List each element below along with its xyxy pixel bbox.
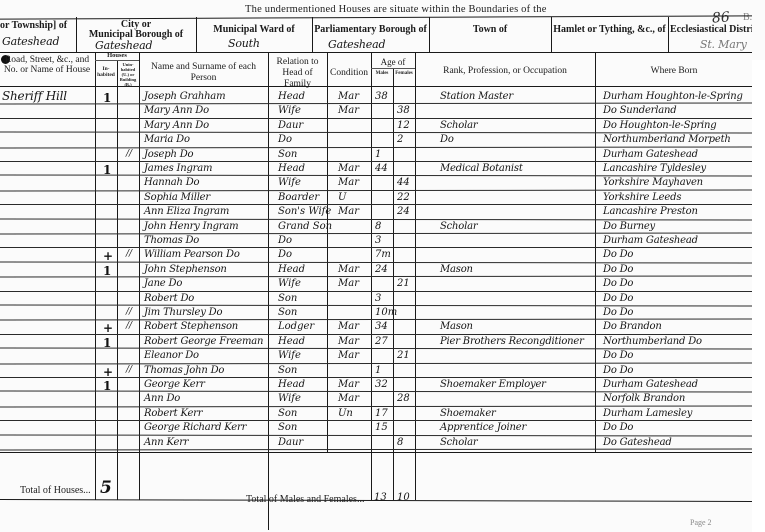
row-rule bbox=[0, 118, 752, 119]
occupation: Mason bbox=[440, 264, 473, 275]
relation: Son bbox=[278, 149, 297, 160]
parish-label: or Township] of bbox=[0, 20, 74, 31]
male-age: 44 bbox=[375, 163, 388, 174]
person-name: Robert Do bbox=[144, 293, 194, 304]
person-name: Ann Eliza Ingram bbox=[144, 206, 229, 217]
male-age: 32 bbox=[375, 379, 388, 390]
occupation: Pier Brothers Recongditioner bbox=[440, 336, 584, 347]
col-houses: Houses bbox=[95, 53, 139, 59]
person-name: Sophia Miller bbox=[144, 192, 210, 203]
relation: Head bbox=[278, 91, 305, 102]
person-name: Joseph Do bbox=[144, 149, 193, 160]
town-label: Town of bbox=[431, 24, 549, 35]
relation: Wife bbox=[278, 105, 301, 116]
birthplace: Yorkshire Mayhaven bbox=[603, 177, 703, 188]
male-age: 8 bbox=[375, 221, 381, 232]
row-rule bbox=[0, 247, 752, 248]
occupation: Scholar bbox=[440, 120, 477, 131]
person-name: Jane Do bbox=[144, 278, 182, 289]
parl-label: Parliamentary Borough of bbox=[314, 24, 427, 35]
person-name: Hannah Do bbox=[144, 177, 199, 188]
occupation: Shoemaker Employer bbox=[440, 379, 546, 390]
relation: Wife bbox=[278, 177, 301, 188]
male-age: 1 bbox=[375, 365, 381, 376]
relation: Wife bbox=[278, 278, 301, 289]
condition: Mar bbox=[338, 163, 359, 174]
female-age: 24 bbox=[397, 206, 410, 217]
person-name: Mary Ann Do bbox=[144, 105, 209, 116]
condition: Mar bbox=[338, 177, 359, 188]
birthplace: Lancashire Tyldesley bbox=[603, 163, 706, 174]
row-rule bbox=[0, 348, 752, 350]
house-mark: 1 bbox=[103, 379, 111, 393]
house-mark: 1 bbox=[103, 91, 111, 105]
row-rule bbox=[0, 420, 752, 421]
female-age: 2 bbox=[397, 134, 403, 145]
row-rule bbox=[0, 276, 752, 278]
row-rule bbox=[0, 448, 752, 450]
male-age: 17 bbox=[375, 408, 388, 419]
condition: Mar bbox=[338, 105, 359, 116]
person-name: James Ingram bbox=[144, 163, 212, 174]
relation: Son bbox=[278, 293, 297, 304]
person-name: Maria Do bbox=[144, 134, 190, 145]
condition: Un bbox=[338, 408, 353, 419]
relation: Son bbox=[278, 408, 297, 419]
birthplace: Lancashire Preston bbox=[603, 206, 698, 217]
col-occupation: Rank, Profession, or Occupation bbox=[416, 66, 594, 77]
total-houses-label: Total of Houses... bbox=[20, 485, 91, 496]
person-name: Jim Thursley Do bbox=[144, 307, 222, 318]
col-uninhabited: Unin-habited (U.) or Building (B.) bbox=[118, 62, 138, 87]
occupation: Shoemaker bbox=[440, 408, 496, 419]
person-name: John Henry Ingram bbox=[144, 221, 238, 232]
male-age: 7m bbox=[375, 249, 391, 260]
row-rule bbox=[0, 291, 752, 292]
schedule-mark: // bbox=[126, 365, 132, 375]
birthplace: Durham Gateshead bbox=[603, 379, 698, 390]
condition: U bbox=[338, 192, 346, 203]
col-males: Males bbox=[372, 71, 392, 77]
relation: Lodger bbox=[278, 321, 314, 332]
male-age: 3 bbox=[375, 235, 381, 246]
eccl-label: Ecclesiastical District bbox=[670, 24, 752, 35]
total-males: 13 bbox=[374, 492, 387, 503]
person-name: Mary Ann Do bbox=[144, 120, 209, 131]
house-mark: + bbox=[103, 321, 113, 335]
female-age: 8 bbox=[397, 437, 403, 448]
male-age: 1 bbox=[375, 149, 381, 160]
occupation: Scholar bbox=[440, 221, 477, 232]
female-age: 22 bbox=[397, 192, 410, 203]
condition: Mar bbox=[338, 393, 359, 404]
female-age: 21 bbox=[397, 350, 410, 361]
house-mark: + bbox=[103, 365, 113, 379]
relation: Head bbox=[278, 264, 305, 275]
col-relation: Relation to Head of Family bbox=[269, 57, 326, 90]
birthplace: Durham Houghton-le-Spring bbox=[603, 91, 743, 102]
male-age: 38 bbox=[375, 91, 388, 102]
person-name: John Stephenson bbox=[144, 264, 227, 275]
birthplace: Durham Lamesley bbox=[603, 408, 692, 419]
birthplace: Northumberland Do bbox=[603, 336, 702, 347]
col-age: Age of bbox=[372, 57, 414, 68]
relation: Head bbox=[278, 163, 305, 174]
borough-value: Gateshead bbox=[95, 39, 152, 52]
male-age: 34 bbox=[375, 321, 388, 332]
birthplace: Do Do bbox=[603, 249, 633, 260]
birthplace: Do Do bbox=[603, 365, 633, 376]
schedule-mark: // bbox=[126, 149, 132, 159]
relation: Daur bbox=[278, 437, 303, 448]
relation: Wife bbox=[278, 393, 301, 404]
schedule-mark: // bbox=[126, 321, 132, 331]
person-name: George Richard Kerr bbox=[144, 422, 246, 433]
census-page: The undermentioned Houses are situate wi… bbox=[0, 0, 765, 532]
birthplace: Do Brandon bbox=[603, 321, 662, 332]
condition: Mar bbox=[338, 206, 359, 217]
birthplace: Do Houghton-le-Spring bbox=[603, 120, 716, 131]
folio-suffix: B. bbox=[743, 12, 752, 23]
birthplace: Do Do bbox=[603, 264, 633, 275]
person-name: Joseph Grahham bbox=[144, 91, 225, 102]
house-mark: 1 bbox=[103, 264, 111, 278]
person-name: Ann Do bbox=[144, 393, 180, 404]
male-age: 24 bbox=[375, 264, 388, 275]
condition: Mar bbox=[338, 350, 359, 361]
eccl-value: St. Mary bbox=[700, 38, 747, 51]
parish-value: Gateshead bbox=[2, 35, 59, 48]
occupation: Scholar bbox=[440, 437, 477, 448]
total-females: 10 bbox=[397, 492, 410, 503]
total-houses-value: 5 bbox=[100, 478, 112, 498]
female-age: 21 bbox=[397, 278, 410, 289]
occupation: Medical Botanist bbox=[440, 163, 523, 174]
birthplace: Norfolk Brandon bbox=[603, 393, 685, 404]
female-age: 28 bbox=[397, 393, 410, 404]
birthplace: Do Do bbox=[603, 350, 633, 361]
house-mark: + bbox=[103, 249, 113, 263]
hamlet-label: Hamlet or Tything, &c., of bbox=[553, 24, 666, 35]
page-mark: Page 2 bbox=[690, 518, 712, 527]
female-age: 44 bbox=[397, 177, 410, 188]
birthplace: Do Do bbox=[603, 293, 633, 304]
ward-label: Municipal Ward of bbox=[198, 24, 310, 35]
relation: Do bbox=[278, 134, 292, 145]
street-name: Sheriff Hill bbox=[2, 89, 67, 103]
col-road: Road, Street, &c., and No. or Name of Ho… bbox=[0, 55, 94, 75]
person-name: Eleanor Do bbox=[144, 350, 199, 361]
schedule-mark: // bbox=[126, 307, 132, 317]
male-age: 27 bbox=[375, 336, 388, 347]
condition: Mar bbox=[338, 264, 359, 275]
birthplace: Do Do bbox=[603, 278, 633, 289]
col-name: Name and Surname of each Person bbox=[140, 62, 267, 84]
occupation: Do bbox=[440, 134, 454, 145]
birthplace: Do Do bbox=[603, 422, 633, 433]
person-name: George Kerr bbox=[144, 379, 205, 390]
condition: Mar bbox=[338, 91, 359, 102]
person-name: William Pearson Do bbox=[144, 249, 240, 260]
relation: Do bbox=[278, 249, 292, 260]
male-age: 10m bbox=[375, 307, 397, 318]
condition: Mar bbox=[338, 278, 359, 289]
relation: Do bbox=[278, 235, 292, 246]
person-name: Robert Kerr bbox=[144, 408, 202, 419]
relation: Head bbox=[278, 379, 305, 390]
ward-value: South bbox=[228, 37, 260, 50]
top-note: The undermentioned Houses are situate wi… bbox=[245, 4, 547, 15]
relation: Son bbox=[278, 422, 297, 433]
female-age: 38 bbox=[397, 105, 410, 116]
col-condition: Condition bbox=[328, 68, 370, 79]
row-rule bbox=[0, 204, 752, 205]
person-name: Thomas Do bbox=[144, 235, 199, 246]
relation: Son's Wife bbox=[278, 206, 331, 217]
occupation: Mason bbox=[440, 321, 473, 332]
occupation: Station Master bbox=[440, 91, 513, 102]
house-mark: 1 bbox=[103, 336, 111, 350]
male-age: 3 bbox=[375, 293, 381, 304]
person-name: Thomas John Do bbox=[144, 365, 224, 376]
birthplace: Durham Gateshead bbox=[603, 149, 698, 160]
person-name: Ann Kerr bbox=[144, 437, 188, 448]
birthplace: Do Burney bbox=[603, 221, 655, 232]
relation: Wife bbox=[278, 350, 301, 361]
birthplace: Do Do bbox=[603, 307, 633, 318]
condition: Mar bbox=[338, 379, 359, 390]
relation: Daur bbox=[278, 120, 303, 131]
male-age: 15 bbox=[375, 422, 388, 433]
row-rule bbox=[0, 161, 752, 162]
col-females: Females bbox=[394, 71, 414, 77]
house-mark: 1 bbox=[103, 163, 111, 177]
relation: Son bbox=[278, 365, 297, 376]
person-name: Robert George Freeman bbox=[144, 336, 263, 347]
person-name: Robert Stephenson bbox=[144, 321, 238, 332]
birthplace: Durham Gateshead bbox=[603, 235, 698, 246]
birthplace: Do Sunderland bbox=[603, 105, 676, 116]
relation: Boarder bbox=[278, 192, 319, 203]
schedule-mark: // bbox=[126, 249, 132, 259]
relation: Head bbox=[278, 336, 305, 347]
condition: Mar bbox=[338, 321, 359, 332]
birthplace: Yorkshire Leeds bbox=[603, 192, 681, 203]
parl-value: Gateshead bbox=[328, 38, 385, 51]
col-born: Where Born bbox=[596, 66, 752, 77]
condition: Mar bbox=[338, 336, 359, 347]
birthplace: Northumberland Morpeth bbox=[603, 134, 731, 145]
col-inhabited: In-habited bbox=[96, 66, 116, 78]
relation: Son bbox=[278, 307, 297, 318]
birthplace: Do Gateshead bbox=[603, 437, 672, 448]
relation: Grand Son bbox=[278, 221, 332, 232]
total-persons-label: Total of Males and Females... bbox=[246, 494, 364, 505]
occupation: Apprentice Joiner bbox=[440, 422, 526, 433]
female-age: 12 bbox=[397, 120, 410, 131]
